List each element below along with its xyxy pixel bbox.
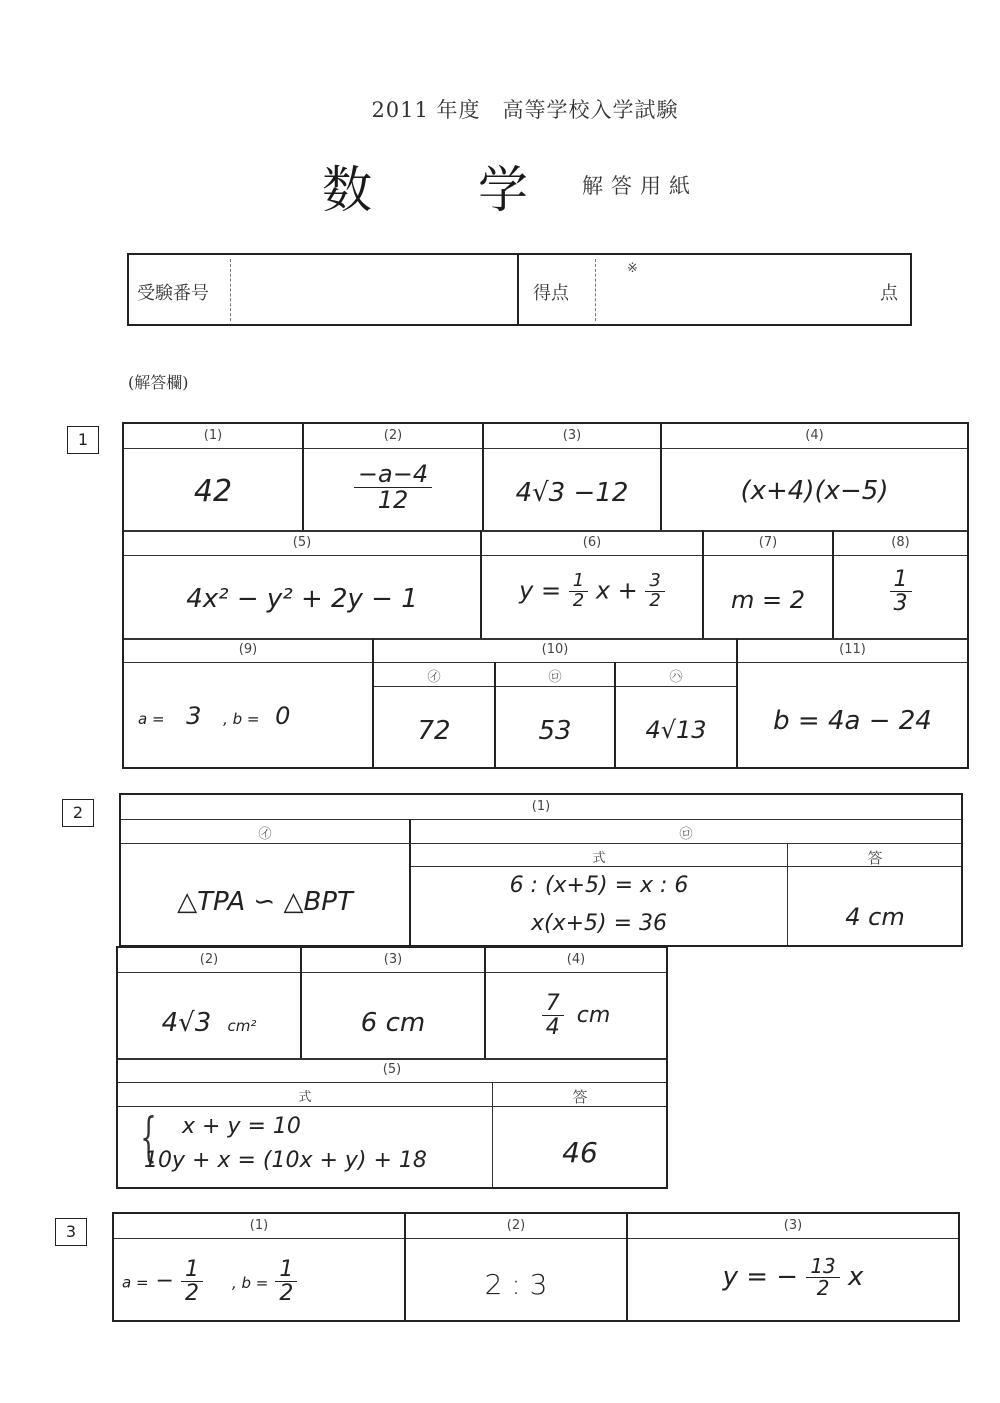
q2-4-unit: cm (577, 1003, 611, 1028)
q1-9-a-value: 3 (186, 702, 201, 730)
q3-1-a-sign: − (156, 1269, 174, 1294)
q3-3-numerator: 13 (806, 1256, 839, 1278)
q2-5-answer: 46 (494, 1136, 666, 1169)
q1-4-answer: (x+4)(x−5) (662, 476, 967, 506)
q2-5-label: (5) (118, 1062, 666, 1077)
q1-2-denominator: 12 (354, 488, 432, 513)
section-2-q2-q5-table: (2) 4√3 cm² (3) 6 cm (4) 74 cm (5) 式 答 {… (116, 946, 668, 1189)
q3-1-b-label: , b = (232, 1274, 268, 1292)
q2-2-label: (2) (118, 952, 300, 967)
section-number-3: 3 (55, 1218, 87, 1246)
q1-4-label: (4) (662, 428, 967, 443)
q1-10-label: (10) (374, 642, 736, 657)
q2-4-denominator: 4 (542, 1016, 564, 1039)
score-label: 得点 (533, 279, 569, 305)
q3-3-answer: y = − 132 x (628, 1256, 958, 1299)
q1-10-part-ha-label: ㋩ (616, 666, 736, 685)
q3-2-answer: 2 : 3 (406, 1268, 626, 1301)
q3-1-a-numerator: 1 (181, 1258, 203, 1282)
divider (787, 843, 788, 945)
q1-3-answer: 4√3 −12 (484, 478, 660, 508)
q3-3-denominator: 2 (806, 1278, 839, 1299)
q2-1-label: (1) (121, 799, 961, 814)
q1-11-answer: b = 4a − 24 (738, 706, 967, 736)
q2-3-label: (3) (302, 952, 484, 967)
q1-9-a-label: a = (138, 710, 165, 728)
q2-1-answer-label: 答 (789, 847, 961, 868)
q1-9-label: (9) (124, 642, 372, 657)
divider (121, 843, 961, 844)
q3-1-a-label: a = (122, 1274, 149, 1292)
divider (121, 819, 961, 820)
q2-2-value: 4√3 (162, 1008, 212, 1038)
q3-1-b-denominator: 2 (275, 1282, 297, 1305)
q3-1-label: (1) (114, 1218, 404, 1233)
divider (118, 1082, 666, 1083)
q1-10-part-ro-label: ㋺ (496, 666, 614, 685)
q1-10-part-ha-answer: 4√13 (616, 716, 736, 744)
score-field[interactable] (599, 257, 869, 323)
q1-8-answer: 13 (834, 568, 967, 615)
q1-6-frac1-den: 2 (569, 592, 588, 611)
q1-9-answer: a = 3 , b = 0 (138, 702, 290, 730)
q1-2-numerator: −a−4 (354, 462, 432, 488)
q1-1-label: (1) (124, 428, 302, 443)
q2-2-unit: cm² (228, 1017, 257, 1035)
q3-2-label: (2) (406, 1218, 626, 1233)
q2-3-answer: 6 cm (302, 1008, 484, 1038)
q2-1-formula-line-1: 6 : (x+5) = x : 6 (411, 873, 787, 898)
q1-6-frac2-num: 3 (645, 572, 664, 592)
q2-1-part-ro-label: ㋺ (411, 823, 961, 842)
q1-1-answer: 42 (124, 474, 302, 509)
exam-title: 2011 年度 高等学校入学試験 (0, 94, 1000, 124)
q1-6-frac1-num: 1 (569, 572, 588, 592)
divider (124, 638, 967, 640)
divider (118, 1058, 666, 1060)
q2-4-label: (4) (486, 952, 666, 967)
q1-10-part-ro-answer: 53 (496, 716, 614, 746)
divider (595, 259, 596, 321)
section-3-table: (1) a = − 12 , b = 12 (2) 2 : 3 (3) y = … (112, 1212, 960, 1322)
divider (517, 255, 519, 324)
q1-9-b-label: , b = (223, 710, 259, 728)
q1-7-label: (7) (704, 535, 832, 550)
q3-1-answer: a = − 12 , b = 12 (122, 1258, 297, 1305)
divider (124, 448, 967, 449)
answer-sheet-label: 解答用紙 (582, 170, 698, 200)
section-2-q1-table: (1) ㋑ △TPA ∽ △BPT ㋺ 式 答 6 : (x+5) = x : … (119, 793, 963, 947)
q3-3-prefix: y = − (723, 1262, 799, 1292)
q1-8-numerator: 1 (890, 568, 912, 592)
q1-3-label: (3) (484, 428, 660, 443)
q3-3-label: (3) (628, 1218, 958, 1233)
divider (230, 259, 231, 321)
q1-6-label: (6) (482, 535, 702, 550)
subject-title-char-1: 数 (322, 150, 372, 222)
exam-number-field[interactable] (233, 257, 515, 323)
q2-5-formula-line-2: 10y + x = (10x + y) + 18 (144, 1148, 427, 1173)
q2-1-answer: 4 cm (789, 903, 961, 931)
score-unit: 点 (880, 279, 898, 305)
divider (124, 555, 967, 556)
section-number-2: 2 (62, 799, 94, 827)
q2-1-formula-label: 式 (411, 847, 787, 866)
q1-11-label: (11) (738, 642, 967, 657)
q2-2-answer: 4√3 cm² (118, 1008, 300, 1038)
exam-number-label: 受験番号 (137, 279, 209, 305)
q3-1-a-denominator: 2 (181, 1282, 203, 1305)
q1-8-label: (8) (834, 535, 967, 550)
q1-2-answer: −a−412 (304, 462, 482, 513)
q1-10-part-i-answer: 72 (374, 716, 494, 746)
q2-1-part-i-label: ㋑ (121, 823, 409, 842)
q1-5-label: (5) (124, 535, 480, 550)
q2-5-formula-label: 式 (118, 1086, 492, 1105)
q1-10-part-i-label: ㋑ (374, 666, 494, 685)
divider (738, 662, 967, 663)
section-number-1: 1 (67, 426, 99, 454)
q1-6-frac2-den: 2 (645, 592, 664, 611)
divider (124, 662, 372, 663)
q2-1-part-i-answer: △TPA ∽ △BPT (121, 887, 409, 917)
q1-6-prefix: y = (519, 576, 561, 604)
divider (124, 530, 967, 532)
q2-4-answer: 74 cm (486, 992, 666, 1039)
divider (114, 1238, 958, 1239)
subject-title-char-2: 学 (478, 150, 528, 222)
section-1-table: (1) 42 (2) −a−412 (3) 4√3 −12 (4) (x+4)(… (122, 422, 969, 769)
divider (118, 972, 666, 973)
q2-4-numerator: 7 (542, 992, 564, 1016)
q1-7-answer: m = 2 (704, 586, 832, 614)
q2-5-answer-label: 答 (494, 1086, 666, 1107)
q1-6-answer: y = 12 x + 32 (482, 572, 702, 611)
divider (374, 686, 736, 687)
q3-1-b-numerator: 1 (275, 1258, 297, 1282)
divider (374, 662, 736, 663)
q1-6-mid: x + (596, 576, 638, 604)
q1-9-b-value: 0 (275, 702, 290, 730)
q2-5-formula-line-1: x + y = 10 (182, 1114, 301, 1139)
q2-1-formula-line-2: x(x+5) = 36 (411, 911, 787, 936)
q1-2-label: (2) (304, 428, 482, 443)
q1-8-denominator: 3 (890, 592, 912, 615)
divider (372, 638, 374, 767)
divider (492, 1082, 493, 1187)
info-box: 受験番号 得点 ※ 点 (127, 253, 912, 326)
answer-section-label: (解答欄) (128, 370, 189, 393)
q3-3-suffix: x (848, 1262, 863, 1292)
q1-5-answer: 4x² − y² + 2y − 1 (124, 584, 480, 614)
divider (736, 638, 738, 767)
